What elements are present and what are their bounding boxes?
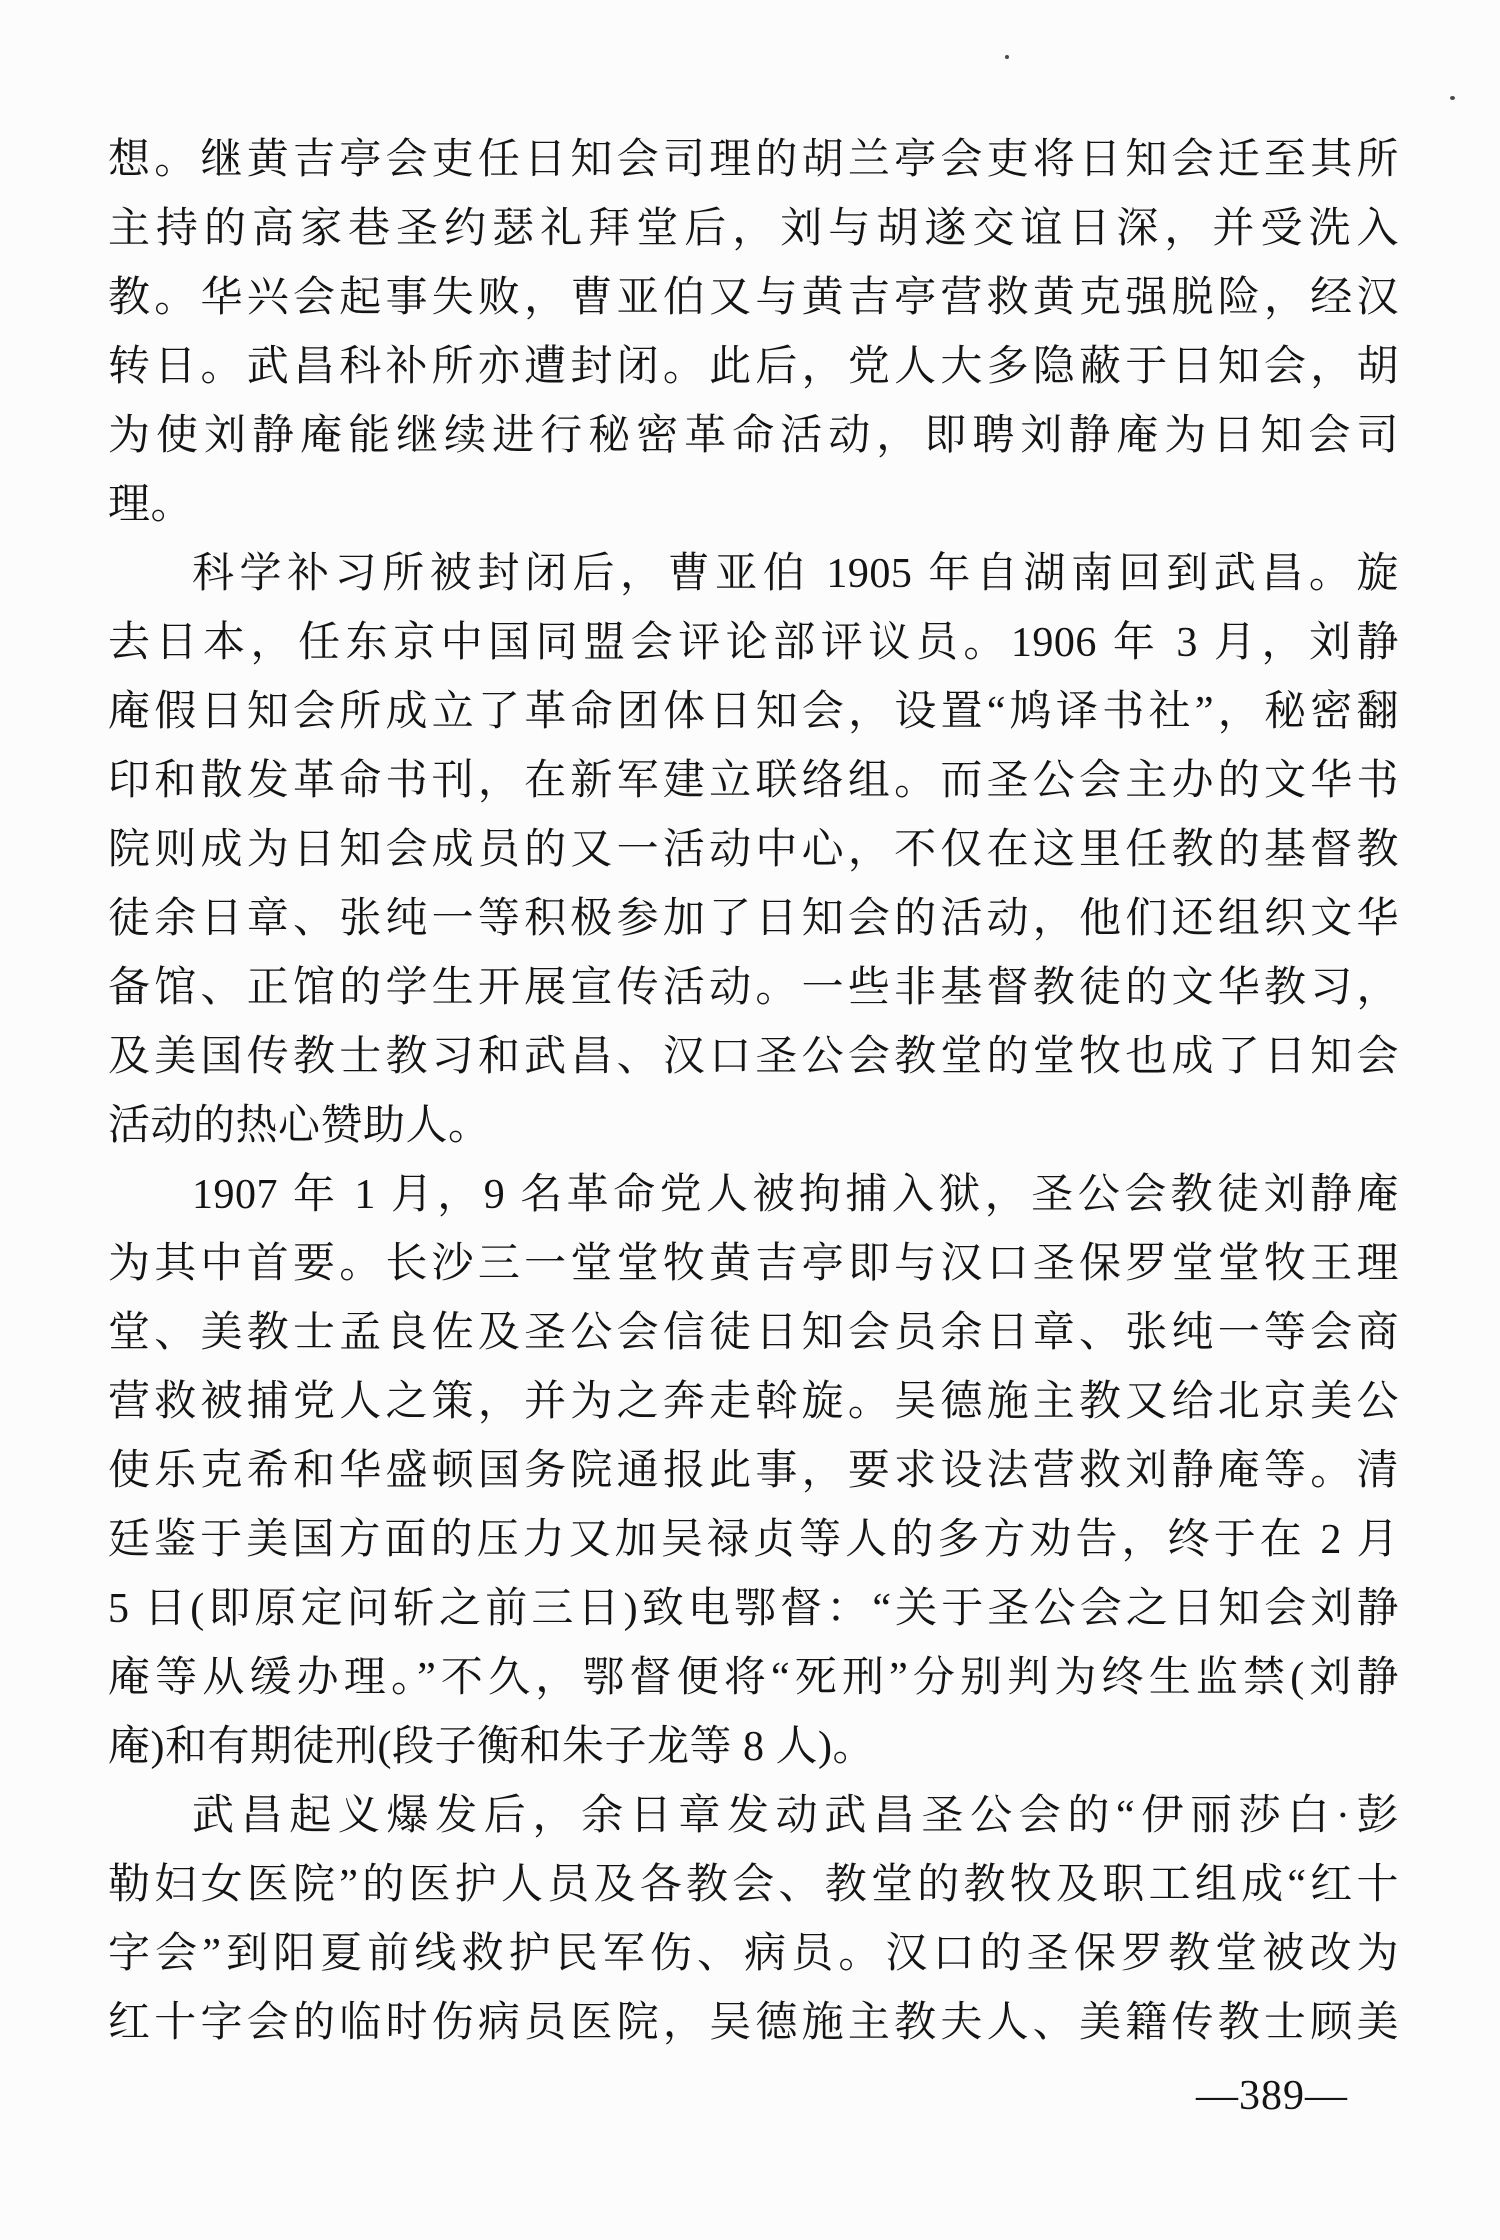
ink-speck [1005, 55, 1009, 59]
text-line: 5 日(即原定问斩之前三日)致电鄂督：“关于圣公会之日知会刘静 [108, 1575, 1399, 1644]
ink-speck [1450, 96, 1455, 100]
text-line: 庵等从缓办理。”不久，鄂督便将“死刑”分别判为终生监禁(刘静 [108, 1644, 1399, 1713]
text-line: 勒妇女医院”的医护人员及各教会、教堂的教牧及职工组成“红十 [108, 1851, 1399, 1920]
text-line: 庵假日知会所成立了革命团体日知会，设置“鸠译书社”，秘密翻 [108, 678, 1399, 747]
text-line: 庵)和有期徒刑(段子衡和朱子龙等 8 人)。 [108, 1713, 1399, 1782]
text-line: 主持的高家巷圣约瑟礼拜堂后，刘与胡遂交谊日深，并受洗入 [108, 195, 1399, 264]
text-line: 备馆、正馆的学生开展宣传活动。一些非基督教徒的文华教习， [108, 954, 1399, 1023]
text-line: 院则成为日知会成员的又一活动中心，不仅在这里任教的基督教 [108, 816, 1399, 885]
paragraph-4: 武昌起义爆发后，余日章发动武昌圣公会的“伊丽莎白·彭 勒妇女医院”的医护人员及各… [108, 1782, 1399, 2058]
text-line: 武昌起义爆发后，余日章发动武昌圣公会的“伊丽莎白·彭 [108, 1782, 1399, 1851]
text-line: 徒余日章、张纯一等积极参加了日知会的活动，他们还组织文华 [108, 885, 1399, 954]
text-line: 廷鉴于美国方面的压力又加吴禄贞等人的多方劝告，终于在 2 月 [108, 1506, 1399, 1575]
text-block: 想。继黄吉亭会吏任日知会司理的胡兰亭会吏将日知会迁至其所 主持的高家巷圣约瑟礼拜… [108, 126, 1399, 2058]
text-line: 为其中首要。长沙三一堂堂牧黄吉亭即与汉口圣保罗堂堂牧王理 [108, 1230, 1399, 1299]
text-line: 字会”到阳夏前线救护民军伤、病员。汉口的圣保罗教堂被改为 [108, 1920, 1399, 1989]
text-line: 堂、美教士孟良佐及圣公会信徒日知会员余日章、张纯一等会商 [108, 1299, 1399, 1368]
paragraph-2: 科学补习所被封闭后，曹亚伯 1905 年自湖南回到武昌。旋 去日本，任东京中国同… [108, 540, 1399, 1161]
text-line: 转日。武昌科补所亦遭封闭。此后，党人大多隐蔽于日知会，胡 [108, 333, 1399, 402]
paragraph-3: 1907 年 1 月，9 名革命党人被拘捕入狱，圣公会教徒刘静庵 为其中首要。长… [108, 1161, 1399, 1782]
text-line: 教。华兴会起事失败，曹亚伯又与黄吉亭营救黄克强脱险，经汉 [108, 264, 1399, 333]
text-line: 红十字会的临时伤病员医院，吴德施主教夫人、美籍传教士顾美 [108, 1989, 1399, 2058]
text-line: 1907 年 1 月，9 名革命党人被拘捕入狱，圣公会教徒刘静庵 [108, 1161, 1399, 1230]
text-line: 为使刘静庵能继续进行秘密革命活动，即聘刘静庵为日知会司 [108, 402, 1399, 471]
text-line: 理。 [108, 471, 1399, 540]
text-line: 活动的热心赞助人。 [108, 1092, 1399, 1161]
text-line: 想。继黄吉亭会吏任日知会司理的胡兰亭会吏将日知会迁至其所 [108, 126, 1399, 195]
text-line: 去日本，任东京中国同盟会评论部评议员。1906 年 3 月，刘静 [108, 609, 1399, 678]
text-line: 使乐克希和华盛顿国务院通报此事，要求设法营救刘静庵等。清 [108, 1437, 1399, 1506]
scanned-book-page: 想。继黄吉亭会吏任日知会司理的胡兰亭会吏将日知会迁至其所 主持的高家巷圣约瑟礼拜… [0, 0, 1500, 2240]
page-number: —389— [1196, 2072, 1348, 2120]
text-line: 科学补习所被封闭后，曹亚伯 1905 年自湖南回到武昌。旋 [108, 540, 1399, 609]
text-line: 及美国传教士教习和武昌、汉口圣公会教堂的堂牧也成了日知会 [108, 1023, 1399, 1092]
text-line: 营救被捕党人之策，并为之奔走斡旋。吴德施主教又给北京美公 [108, 1368, 1399, 1437]
paragraph-1-continuation: 想。继黄吉亭会吏任日知会司理的胡兰亭会吏将日知会迁至其所 主持的高家巷圣约瑟礼拜… [108, 126, 1399, 540]
text-line: 印和散发革命书刊，在新军建立联络组。而圣公会主办的文华书 [108, 747, 1399, 816]
